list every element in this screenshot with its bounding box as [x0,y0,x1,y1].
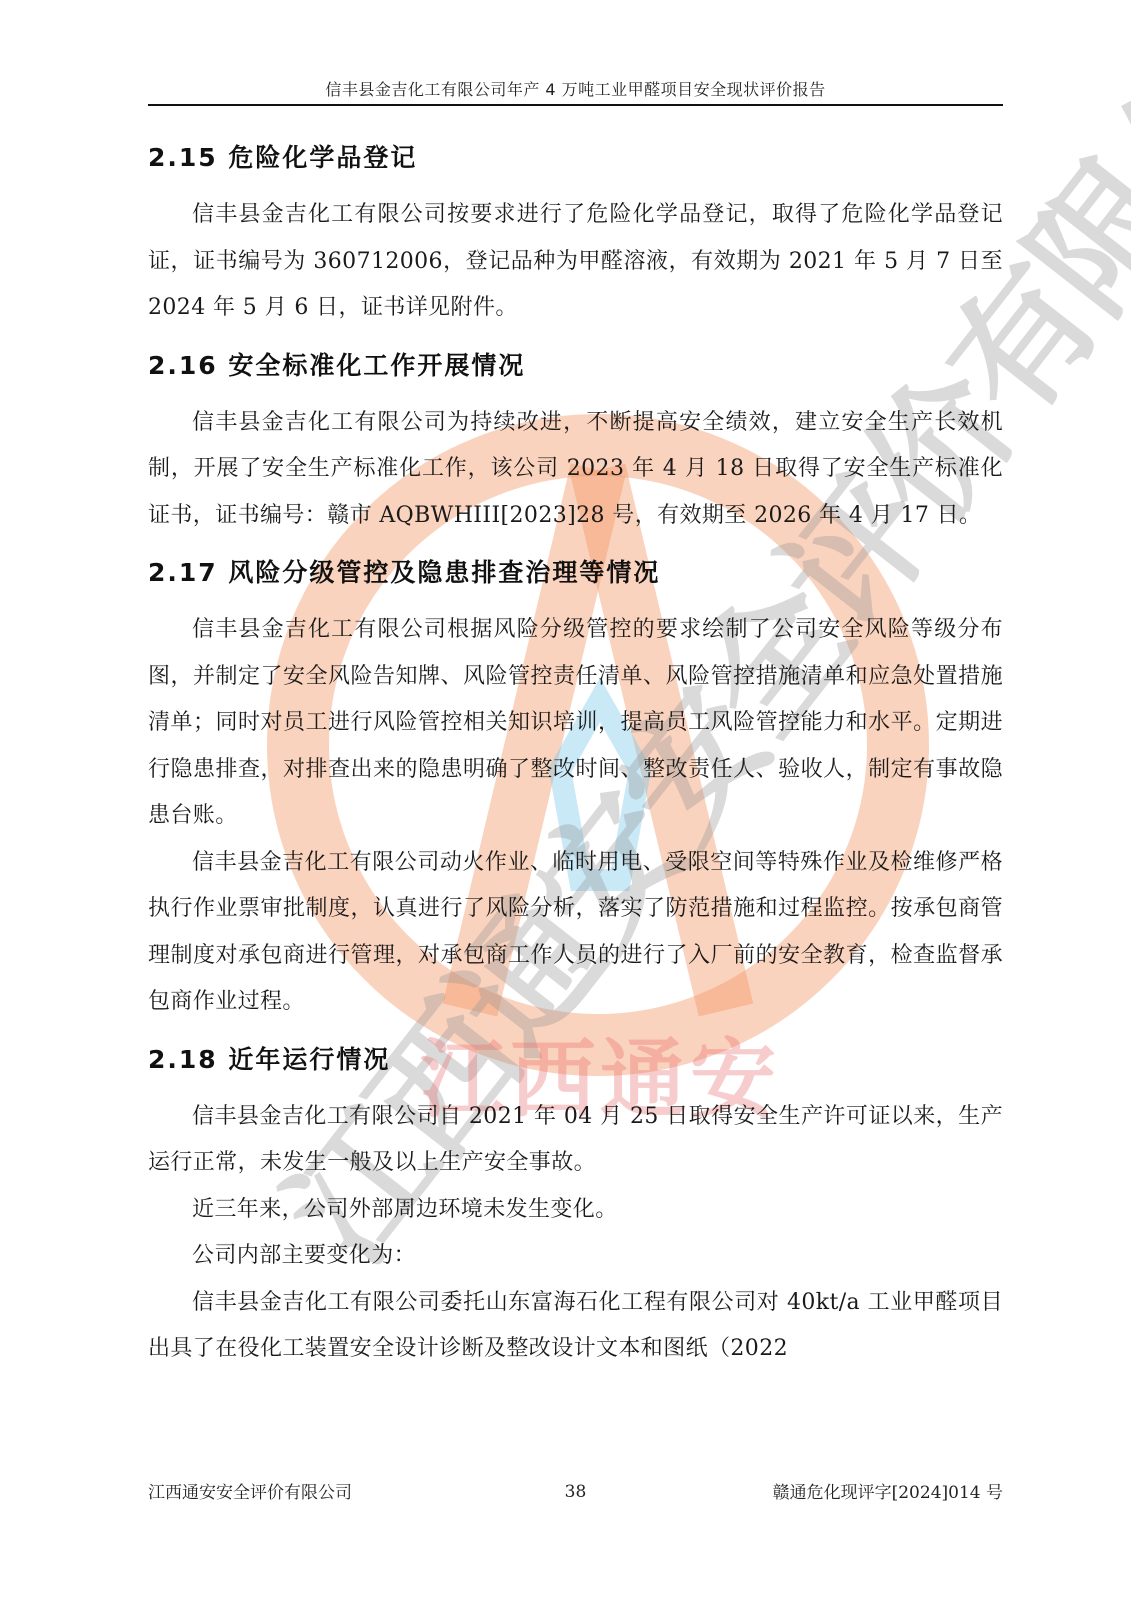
paragraph: 信丰县金吉化工有限公司根据风险分级管控的要求绘制了公司安全风险等级分布图，并制定… [148,607,1003,840]
page-footer: 江西通安安全评价有限公司 38 赣通危化现评字[2024]014 号 [148,1478,1003,1508]
paragraph: 信丰县金吉化工有限公司为持续改进，不断提高安全绩效，建立安全生产长效机制，开展了… [148,400,1003,540]
section-2-16: 2.16 安全标准化工作开展情况 信丰县金吉化工有限公司为持续改进，不断提高安全… [148,340,1003,540]
section-heading: 2.17 风险分级管控及隐患排查治理等情况 [148,547,1003,599]
paragraph: 信丰县金吉化工有限公司自 2021 年 04 月 25 日取得安全生产许可证以来… [148,1094,1003,1187]
paragraph: 近三年来，公司外部周边环境未发生变化。 [148,1187,1003,1234]
document-body: 2.15 危险化学品登记 信丰县金吉化工有限公司按要求进行了危险化学品登记，取得… [148,132,1003,1373]
section-2-17: 2.17 风险分级管控及隐患排查治理等情况 信丰县金吉化工有限公司根据风险分级管… [148,547,1003,1026]
paragraph: 信丰县金吉化工有限公司按要求进行了危险化学品登记，取得了危险化学品登记证，证书编… [148,192,1003,332]
footer-doc-number: 赣通危化现评字[2024]014 号 [773,1478,1003,1503]
header-divider [148,104,1003,106]
paragraph: 公司内部主要变化为： [148,1233,1003,1280]
paragraph: 信丰县金吉化工有限公司动火作业、临时用电、受限空间等特殊作业及检维修严格执行作业… [148,840,1003,1026]
section-2-15: 2.15 危险化学品登记 信丰县金吉化工有限公司按要求进行了危险化学品登记，取得… [148,132,1003,332]
section-heading: 2.15 危险化学品登记 [148,132,1003,184]
section-heading: 2.16 安全标准化工作开展情况 [148,340,1003,392]
section-heading: 2.18 近年运行情况 [148,1034,1003,1086]
paragraph: 信丰县金吉化工有限公司委托山东富海石化工程有限公司对 40kt/a 工业甲醛项目… [148,1280,1003,1373]
running-header: 信丰县金吉化工有限公司年产 4 万吨工业甲醛项目安全现状评价报告 [148,78,1003,102]
section-2-18: 2.18 近年运行情况 信丰县金吉化工有限公司自 2021 年 04 月 25 … [148,1034,1003,1373]
document-page: 江西通安安全评价有限公司 江西通安 信丰县金吉化工有限公司年产 4 万吨工业甲醛… [0,0,1131,1600]
